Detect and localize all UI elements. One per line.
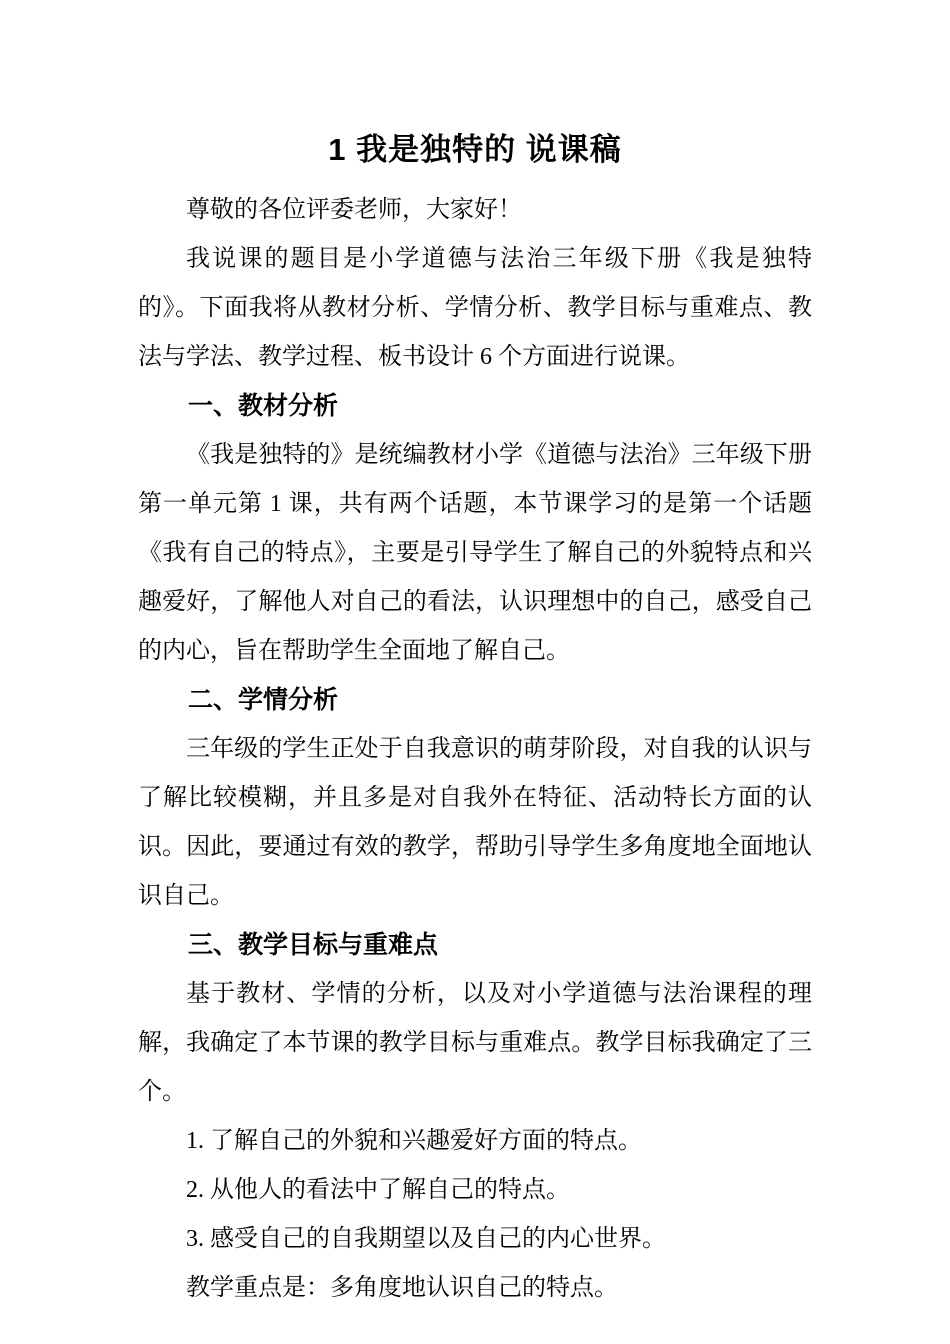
section-heading-teaching-goals: 三、教学目标与重难点 — [138, 921, 812, 970]
section-heading-material-analysis: 一、教材分析 — [138, 382, 812, 431]
document-title: 1 我是独特的 说课稿 — [138, 128, 812, 172]
paragraph-learner-analysis: 三年级的学生正处于自我意识的萌芽阶段，对自我的认识与了解比较模糊，并且多是对自我… — [138, 725, 812, 921]
goal-item-3: 3. 感受自己的自我期望以及自己的内心世界。 — [138, 1215, 812, 1264]
goal-item-2: 2. 从他人的看法中了解自己的特点。 — [138, 1166, 812, 1215]
paragraph-teaching-focus: 教学重点是：多角度地认识自己的特点。 — [138, 1264, 812, 1313]
document-page: 1 我是独特的 说课稿 尊敬的各位评委老师，大家好！ 我说课的题目是小学道德与法… — [0, 0, 950, 1344]
paragraph-material-analysis: 《我是独特的》是统编教材小学《道德与法治》三年级下册第一单元第 1 课，共有两个… — [138, 431, 812, 676]
paragraph-intro: 我说课的题目是小学道德与法治三年级下册《我是独特的》。下面我将从教材分析、学情分… — [138, 235, 812, 382]
goal-item-1: 1. 了解自己的外貌和兴趣爱好方面的特点。 — [138, 1117, 812, 1166]
section-heading-learner-analysis: 二、学情分析 — [138, 676, 812, 725]
paragraph-goals-intro: 基于教材、学情的分析，以及对小学道德与法治课程的理解，我确定了本节课的教学目标与… — [138, 970, 812, 1117]
document-content: 1 我是独特的 说课稿 尊敬的各位评委老师，大家好！ 我说课的题目是小学道德与法… — [0, 0, 950, 1313]
paragraph-greeting: 尊敬的各位评委老师，大家好！ — [138, 186, 812, 235]
